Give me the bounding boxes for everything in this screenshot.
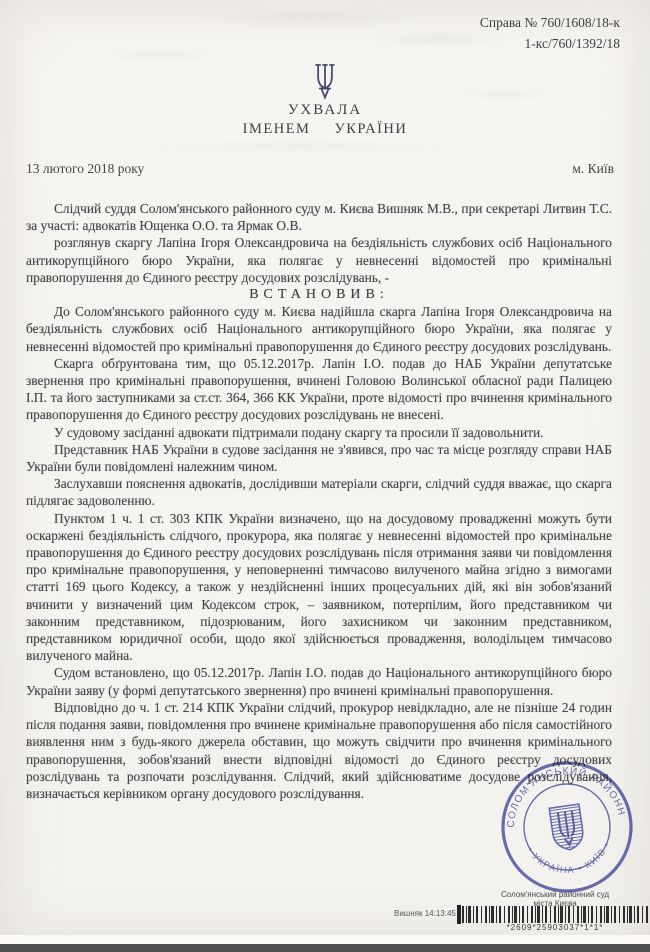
subtitle-word-ukrainy: УКРАЇНИ — [334, 121, 407, 138]
case-number-block: Справа № 760/1608/18-к 1-кс/760/1392/18 — [480, 12, 620, 54]
resolution-heading: ВСТАНОВИВ: — [26, 286, 612, 303]
registration-barcode — [462, 906, 648, 923]
case-number-primary: Справа № 760/1608/18-к — [480, 12, 620, 33]
document-title: УХВАЛА — [0, 102, 650, 119]
stamp-center-trident-emblem — [549, 804, 585, 852]
scanned-court-ruling-page: Справа № 760/1608/18-к 1-кс/760/1392/18 … — [0, 0, 650, 952]
ruling-city: м. Київ — [572, 161, 614, 177]
paragraph-article-303: Пунктом 1 ч. 1 ст. 303 КПК України визна… — [26, 510, 612, 665]
scan-artifact — [90, 48, 230, 62]
coat-of-arms-trident-icon — [312, 61, 338, 103]
paragraph-judge-opinion: Заслухавши пояснення адвокатів, дослідив… — [26, 475, 612, 509]
paragraph-complaint-received: До Солом'янського районного суду м. Києв… — [26, 303, 612, 355]
scan-artifact — [150, 4, 470, 30]
barcode-number: *2609*25903037*1*1* — [462, 923, 648, 932]
scan-artifact — [430, 88, 580, 100]
ruling-date: 13 лютого 2018 року — [26, 161, 144, 177]
paragraph-complaint-intro: розглянув скаргу Лапіна Ігоря Олександро… — [26, 234, 612, 286]
ruling-body-text: Слідчий суддя Солом'янського районного с… — [26, 200, 612, 802]
subtitle-word-imenem: ІМЕНЕМ — [243, 121, 311, 138]
dateline: 13 лютого 2018 року м. Київ — [26, 161, 614, 177]
paragraph-court-established: Судом встановлено, що 05.12.2017р. Лапін… — [26, 664, 612, 698]
operator-timestamp: Вишняк 14:13:45 — [394, 909, 456, 918]
paragraph-nabu-absent: Представник НАБ України в судове засідан… — [26, 441, 612, 475]
scan-edge-strip — [0, 935, 650, 944]
document-subtitle: ІМЕНЕМ УКРАЇНИ — [0, 121, 650, 138]
scan-edge-bar — [0, 944, 650, 952]
court-seal-stamp: СОЛОМ'ЯНСЬКИЙ РАЙОННИЙ СУД • УКРАЇНА • К… — [490, 750, 644, 904]
footer-court-name-line1: Солом'янський районний суд — [460, 890, 650, 899]
paragraph-judge-intro: Слідчий суддя Солом'янського районного с… — [26, 200, 612, 234]
scan-artifact — [60, 140, 540, 154]
paragraph-hearing-advocates: У судовому засіданні адвокати підтримали… — [26, 424, 612, 441]
paragraph-complaint-grounds: Скарга обґрунтована тим, що 05.12.2017р.… — [26, 355, 612, 424]
case-number-secondary: 1-кс/760/1392/18 — [480, 33, 620, 54]
